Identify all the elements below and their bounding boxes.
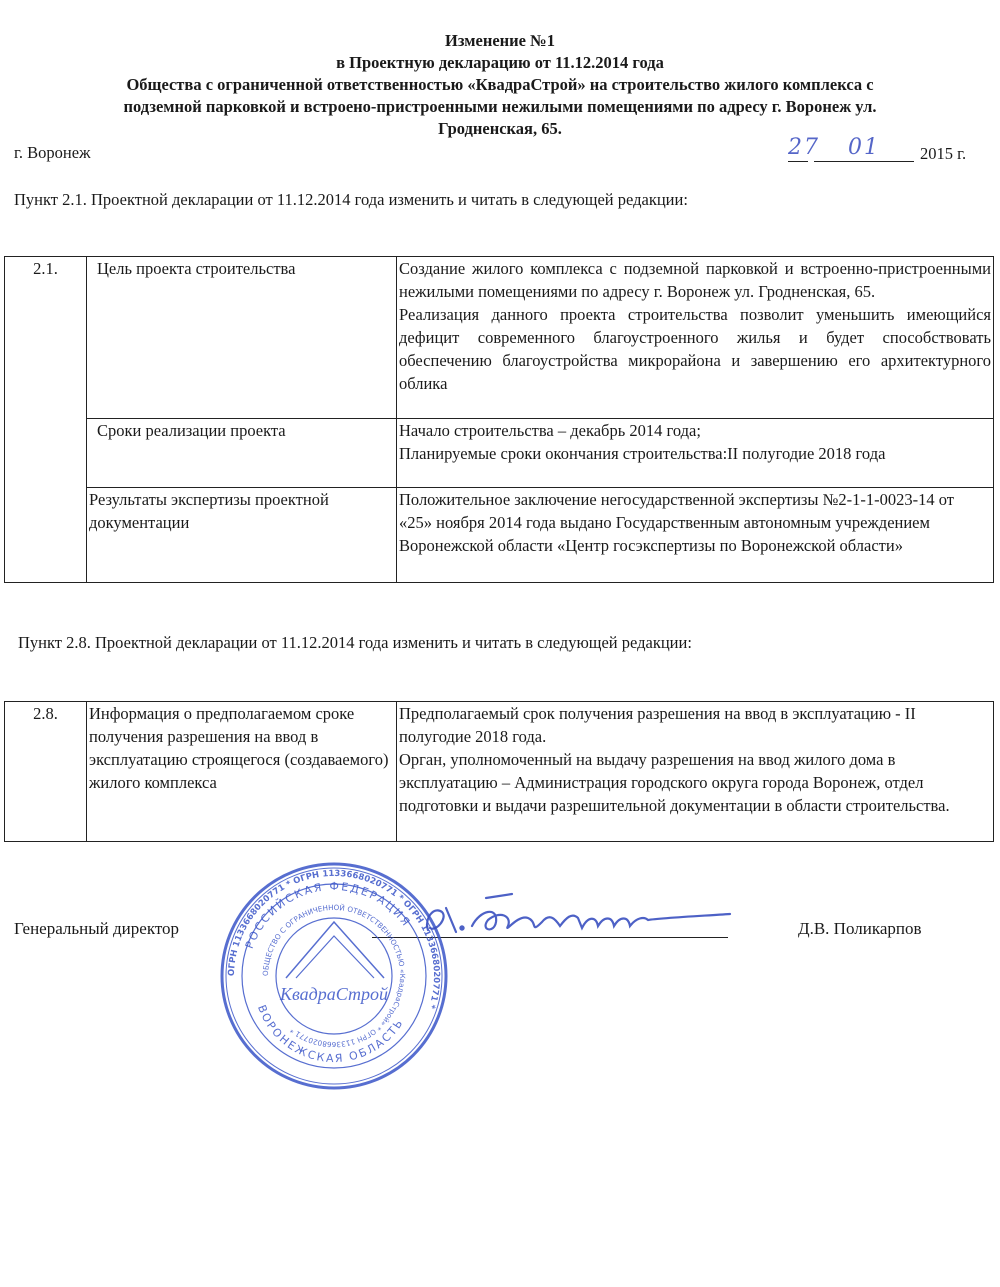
section-number: 2.1. xyxy=(5,257,87,583)
value-paragraph: Реализация данного проекта строительства… xyxy=(399,303,991,395)
table-row: Сроки реализации проекта Начало строител… xyxy=(5,419,994,488)
header-subtitle: в Проектную декларацию от 11.12.2014 год… xyxy=(0,52,1000,74)
date-year: 2015 г. xyxy=(920,144,966,164)
handwritten-signature-icon xyxy=(400,888,740,948)
table-row: 2.1. Цель проекта строительства Создание… xyxy=(5,257,994,419)
signatory-name: Д.В. Поликарпов xyxy=(798,919,922,939)
row-value: Предполагаемый срок получения разрешения… xyxy=(397,702,994,842)
header-object-line: подземной парковкой и встроено-пристроен… xyxy=(0,96,1000,118)
value-paragraph: Орган, уполномоченный на выдачу разрешен… xyxy=(399,748,991,817)
value-paragraph: Создание жилого комплекса с подземной па… xyxy=(399,257,991,303)
document-header: Изменение №1 в Проектную декларацию от 1… xyxy=(0,30,1000,140)
table-row: 2.8. Информация о предполагаемом сроке п… xyxy=(5,702,994,842)
month-underline xyxy=(814,161,914,162)
row-label: Сроки реализации проекта xyxy=(87,419,397,488)
value-paragraph: Предполагаемый срок получения разрешения… xyxy=(399,702,991,748)
row-label: Информация о предполагаемом сроке получе… xyxy=(87,702,397,842)
section-28-table: 2.8. Информация о предполагаемом сроке п… xyxy=(4,701,994,842)
day-underline xyxy=(788,161,808,162)
header-company-line: Общества с ограниченной ответственностью… xyxy=(0,74,1000,96)
row-label: Цель проекта строительства xyxy=(87,257,397,419)
row-value: Положительное заключение негосударственн… xyxy=(397,488,994,583)
row-value: Создание жилого комплекса с подземной па… xyxy=(397,257,994,419)
header-title: Изменение №1 xyxy=(0,30,1000,52)
section-21-intro: Пункт 2.1. Проектной декларации от 11.12… xyxy=(14,190,688,210)
value-paragraph: Начало строительства – декабрь 2014 года… xyxy=(399,419,991,442)
stamp-center-text: КвадраСтрой xyxy=(279,984,388,1004)
handwritten-day: 27 xyxy=(788,135,820,160)
section-28-intro: Пункт 2.8. Проектной декларации от 11.12… xyxy=(18,633,692,653)
section-21-table: 2.1. Цель проекта строительства Создание… xyxy=(4,256,994,583)
city-label: г. Воронеж xyxy=(14,143,90,163)
svg-text:ОБЩЕСТВО С ОГРАНИЧЕННОЙ ОТВЕТС: ОБЩЕСТВО С ОГРАНИЧЕННОЙ ОТВЕТСТВЕННОСТЬЮ… xyxy=(261,903,407,1049)
row-label: Результаты экспертизы проектной документ… xyxy=(87,488,397,583)
section-number: 2.8. xyxy=(5,702,87,842)
row-value: Начало строительства – декабрь 2014 года… xyxy=(397,419,994,488)
value-paragraph: Планируемые сроки окончания строительств… xyxy=(399,442,991,465)
signatory-title: Генеральный директор xyxy=(14,919,179,939)
document-date: 27 01 2015 г. xyxy=(778,135,988,165)
handwritten-month: 01 xyxy=(848,135,880,160)
table-row: Результаты экспертизы проектной документ… xyxy=(5,488,994,583)
